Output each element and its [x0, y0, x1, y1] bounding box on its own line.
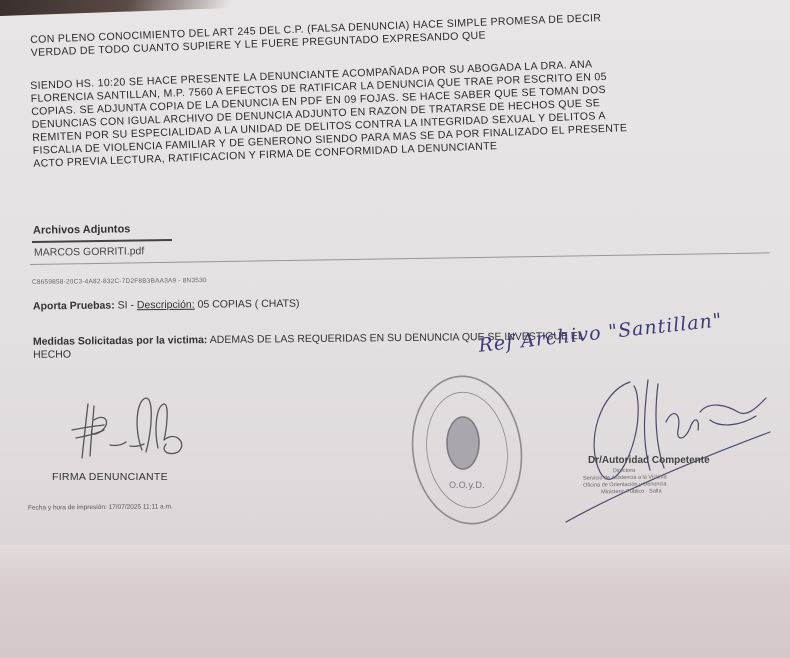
statement-paragraph: SIENDO HS. 10:20 SE HACE PRESENTE LA DEN… — [30, 52, 753, 171]
attachments-underline — [32, 239, 172, 242]
authority-details: Directora Servicio de Asistencia a la Ví… — [583, 467, 667, 496]
handwritten-note: Ref Archivo "Santillan" — [478, 309, 724, 356]
complainant-signature — [60, 390, 200, 465]
document-page: CON PLENO CONOCIMIENTO DEL ART 245 DEL C… — [0, 0, 790, 658]
evidence-label: Aporta Pruebas: — [33, 300, 115, 313]
attachments-title: Archivos Adjuntos — [33, 223, 131, 236]
complainant-signature-label: FIRMA DENUNCIANTE — [52, 471, 168, 483]
evidence-value: SI - — [118, 299, 134, 311]
evidence-desc-value: 05 COPIAS ( CHATS) — [198, 298, 300, 311]
authority-detail-line: Ministerio Público · Salta — [583, 488, 667, 496]
stamp-inner-text: O.O.y.D. — [449, 481, 485, 491]
official-stamp: O.O.y.D. — [405, 368, 530, 533]
oath-paragraph: CON PLENO CONOCIMIENTO DEL ART 245 DEL C… — [30, 6, 750, 60]
print-date: Fecha y hora de impresión: 17/07/2025 11… — [28, 503, 173, 511]
photo-edge-shadow — [0, 0, 230, 16]
paper-lower-area — [0, 545, 790, 658]
document-hash: C8659858-20C3-4A82-832C-7D2F8B3BAA3A9 - … — [32, 277, 207, 286]
attachment-file: MARCOS GORRITI.pdf — [34, 245, 144, 259]
authority-label: Dr/Autoridad Competente — [588, 455, 710, 466]
authority-signature — [560, 372, 780, 532]
evidence-desc-label: Descripción: — [137, 299, 195, 312]
measures-label: Medidas Solicitadas por la victima: — [33, 334, 208, 348]
evidence-line: Aporta Pruebas: SI - Descripción: 05 COP… — [33, 298, 300, 313]
